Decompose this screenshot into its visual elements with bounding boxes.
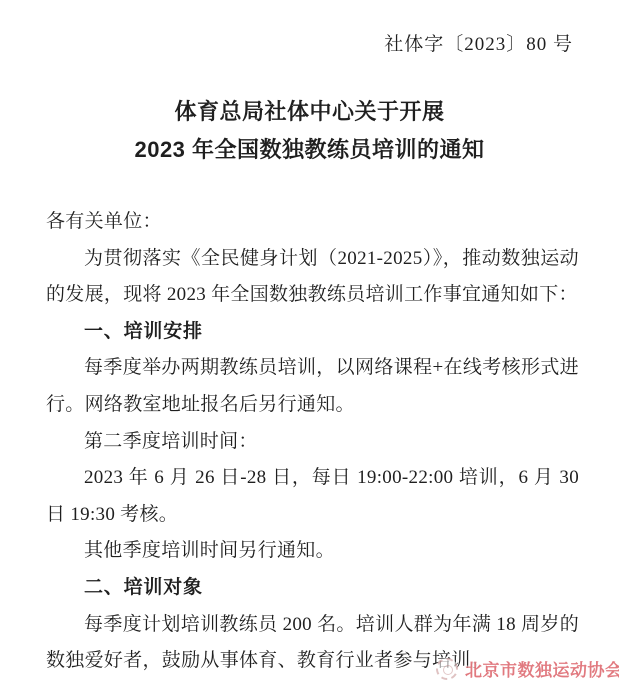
paragraph-training-format: 每季度举办两期教练员培训，以网络课程+在线考核形式进行。网络教室地址报名后另行通…: [46, 350, 579, 423]
section-heading-training-target: 二、培训对象: [46, 570, 579, 607]
paragraph-intro: 为贯彻落实《全民健身计划（2021-2025）》，推动数独运动的发展，现将 20…: [46, 241, 579, 314]
notice-title: 体育总局社体中心关于开展 2023 年全国数独教练员培训的通知: [0, 93, 619, 169]
notice-body: 各有关单位： 为贯彻落实《全民健身计划（2021-2025）》，推动数独运动的发…: [46, 204, 579, 680]
section-heading-training-arrangement: 一、培训安排: [46, 314, 579, 351]
notice-title-line2: 2023 年全国数独教练员培训的通知: [0, 131, 619, 169]
paragraph-other-quarters: 其他季度培训时间另行通知。: [46, 533, 579, 570]
paragraph-q2-time-label: 第二季度培训时间：: [46, 424, 579, 461]
salutation: 各有关单位：: [46, 204, 579, 241]
paragraph-q2-schedule: 2023 年 6 月 26 日-28 日，每日 19:00-22:00 培训，6…: [46, 460, 579, 533]
notice-title-line1: 体育总局社体中心关于开展: [0, 93, 619, 131]
doc-reference-number: 社体字〔2023〕80 号: [384, 29, 573, 56]
paragraph-target-audience: 每季度计划培训教练员 200 名。培训人群为年满 18 周岁的数独爱好者，鼓励从…: [46, 607, 579, 680]
